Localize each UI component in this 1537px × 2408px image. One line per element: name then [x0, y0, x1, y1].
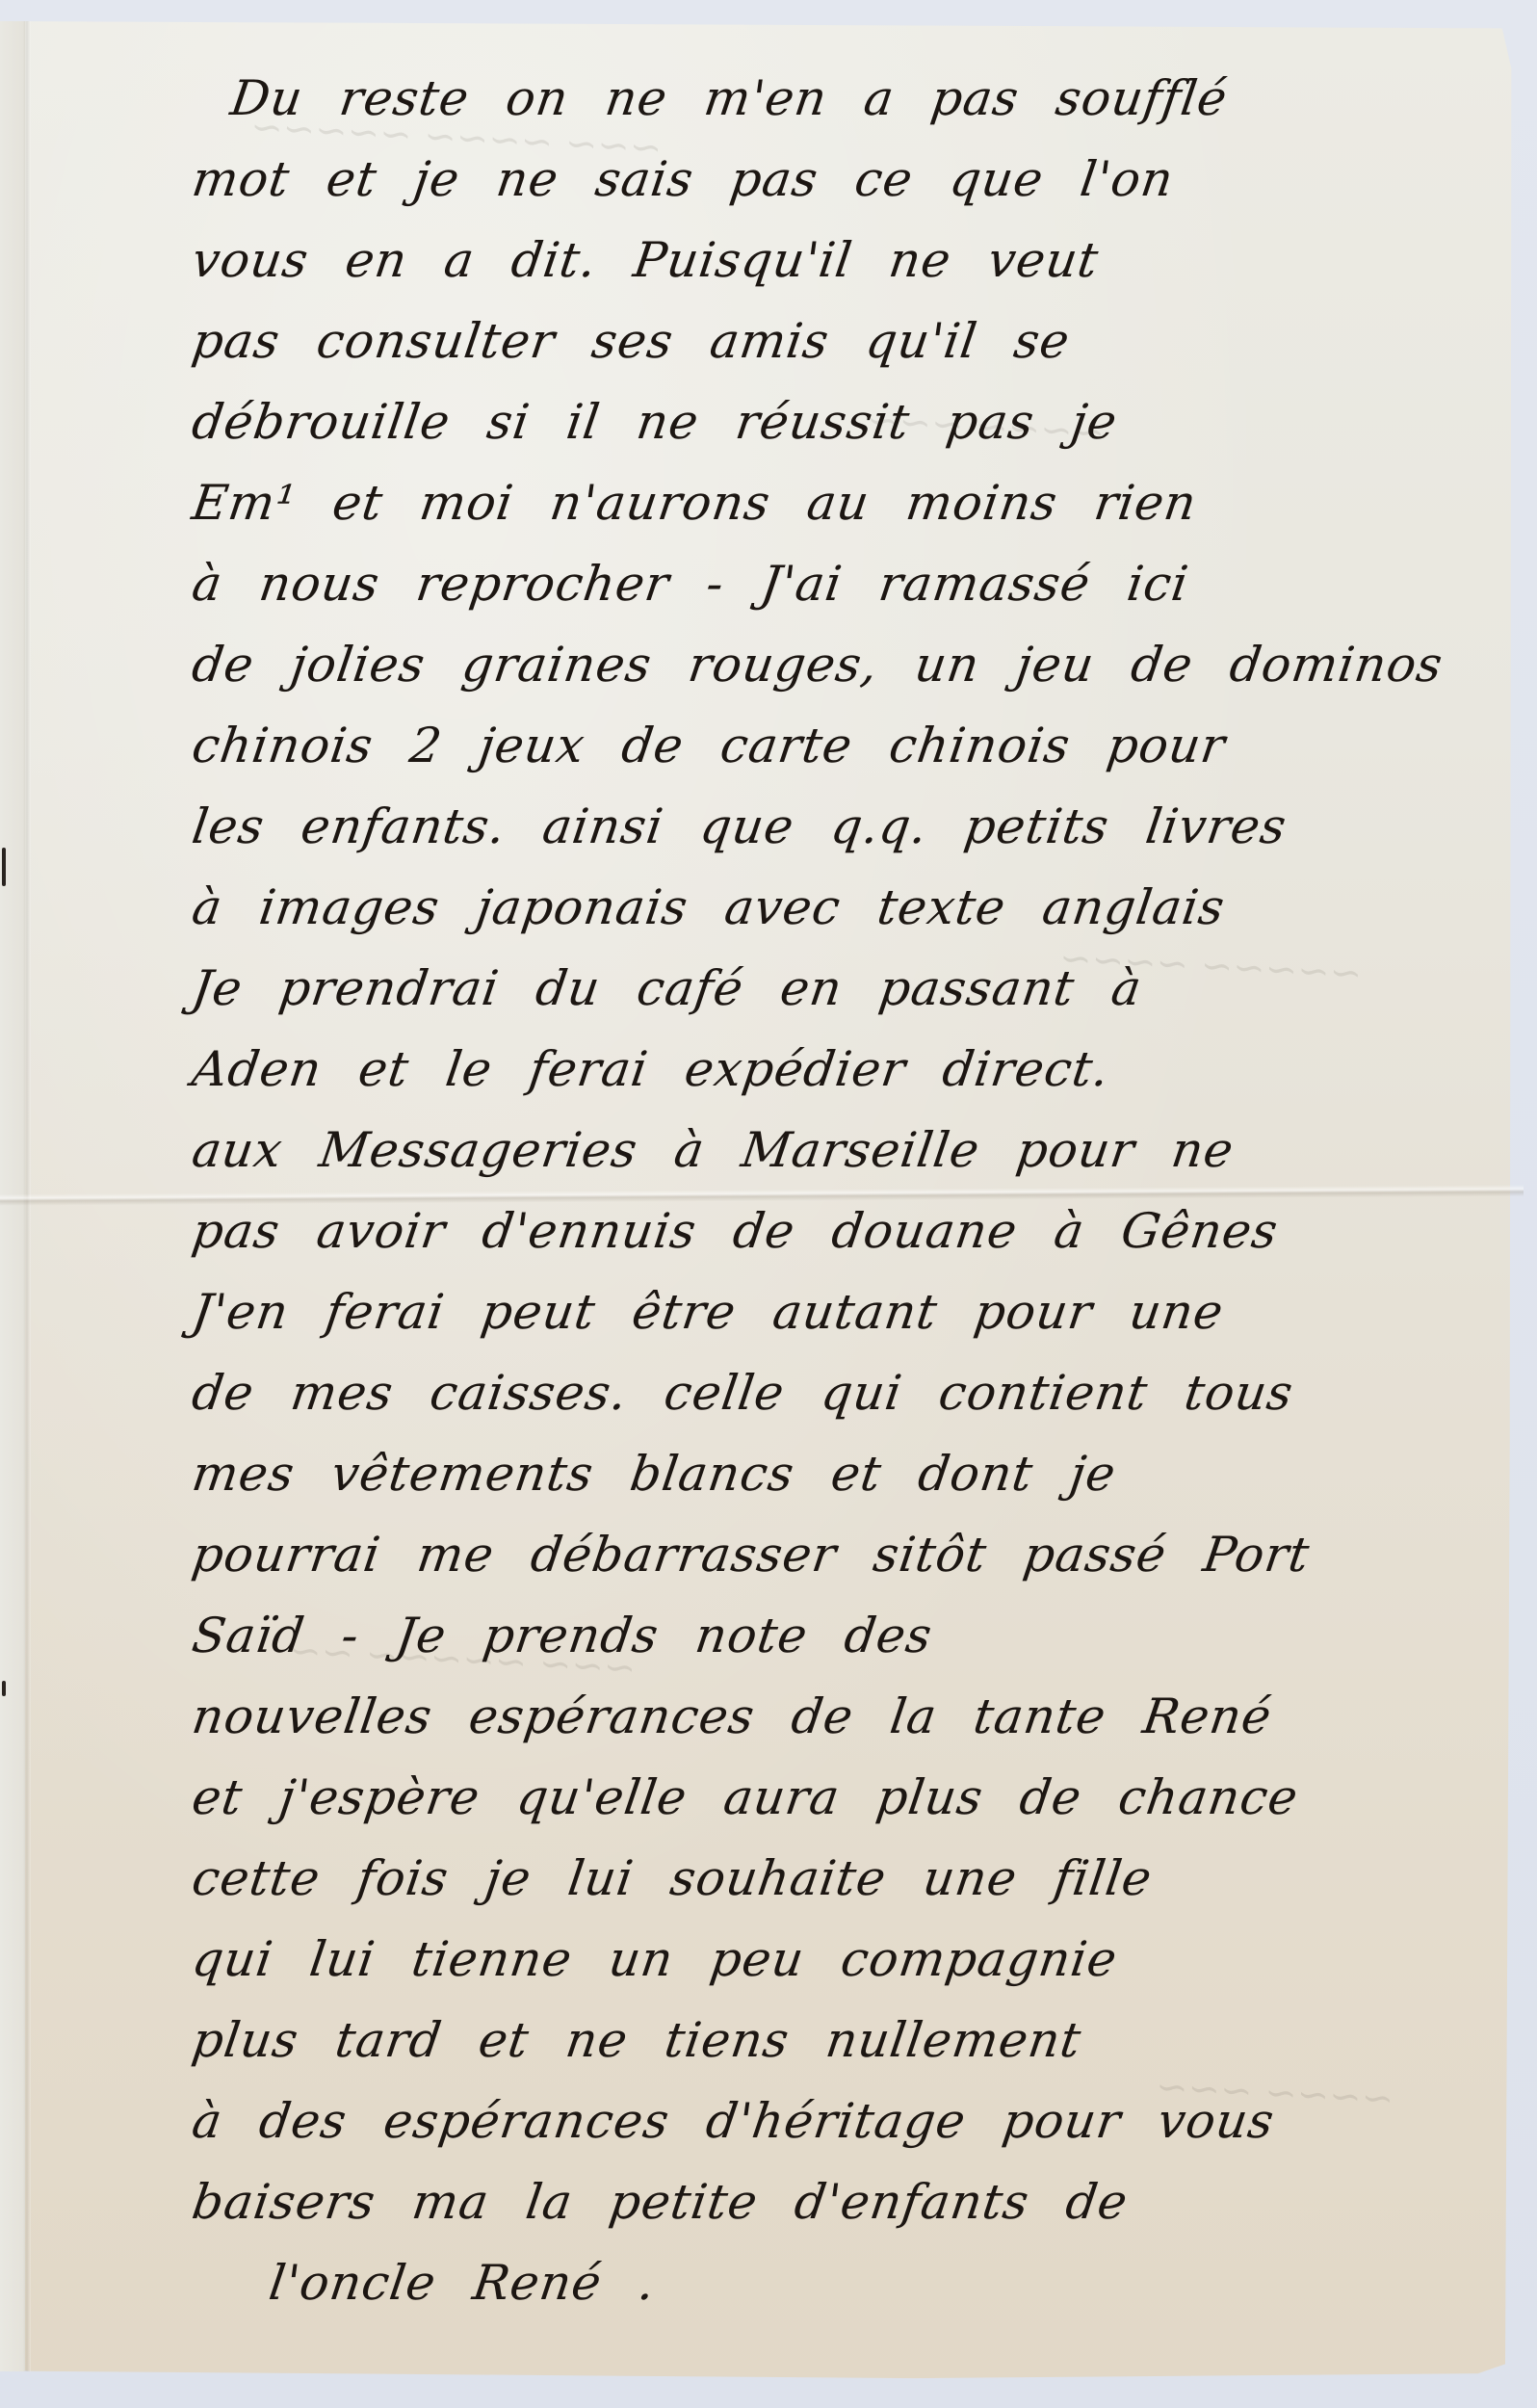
- letter-line-23: cette fois je lui souhaite une fille: [187, 1838, 1489, 1919]
- letter-line-9: chinois 2 jeux de carte chinois pour: [187, 705, 1489, 786]
- letter-line-18: mes vêtements blancs et dont je: [187, 1433, 1489, 1514]
- letter-line-12: Je prendrai du café en passant à: [187, 948, 1489, 1029]
- letter-line-7: à nous reprocher - J'ai ramassé ici: [187, 543, 1489, 624]
- letter-line-8: de jolies graines rouges, un jeu de domi…: [187, 624, 1489, 705]
- letter-line-27: baisers ma la petite d'enfants de: [187, 2161, 1489, 2242]
- letter-line-19: pourrai me débarrasser sitôt passé Port: [187, 1514, 1489, 1595]
- letter-signature-line: l'oncle René .: [187, 2242, 1489, 2323]
- letter-line-6: Em¹ et moi n'aurons au moins rien: [187, 462, 1489, 543]
- letter-line-11: à images japonais avec texte anglais: [187, 867, 1489, 948]
- letter-line-14: aux Messageries à Marseille pour ne: [187, 1110, 1489, 1191]
- letter-line-10: les enfants. ainsi que q.q. petits livre…: [187, 786, 1489, 867]
- margin-mark: [2, 1681, 6, 1696]
- letter-line-21: nouvelles espérances de la tante René: [187, 1676, 1489, 1757]
- letter-line-15: pas avoir d'ennuis de douane à Gênes: [187, 1191, 1489, 1271]
- letter-line-5: débrouille si il ne réussit pas je: [187, 381, 1489, 462]
- letter-line-1: Du reste on ne m'en a pas soufflé: [187, 58, 1489, 139]
- letter-line-24: qui lui tienne un peu compagnie: [187, 1919, 1489, 2000]
- letter-body: Du reste on ne m'en a pas soufflé mot et…: [193, 58, 1483, 2323]
- letter-line-22: et j'espère qu'elle aura plus de chance: [187, 1757, 1489, 1838]
- letter-line-26: à des espérances d'héritage pour vous: [187, 2081, 1489, 2161]
- letter-line-20: Saïd - Je prends note des: [187, 1595, 1489, 1676]
- letter-line-17: de mes caisses. celle qui contient tous: [187, 1352, 1489, 1433]
- letter-line-2: mot et je ne sais pas ce que l'on: [187, 139, 1489, 220]
- letter-line-4: pas consulter ses amis qu'il se: [187, 301, 1489, 381]
- margin-mark: [2, 848, 6, 886]
- letter-line-25: plus tard et ne tiens nullement: [187, 2000, 1489, 2081]
- letter-line-13: Aden et le ferai expédier direct.: [187, 1029, 1489, 1110]
- letter-line-3: vous en a dit. Puisqu'il ne veut: [187, 220, 1489, 301]
- letter-line-16: J'en ferai peut être autant pour une: [187, 1271, 1489, 1352]
